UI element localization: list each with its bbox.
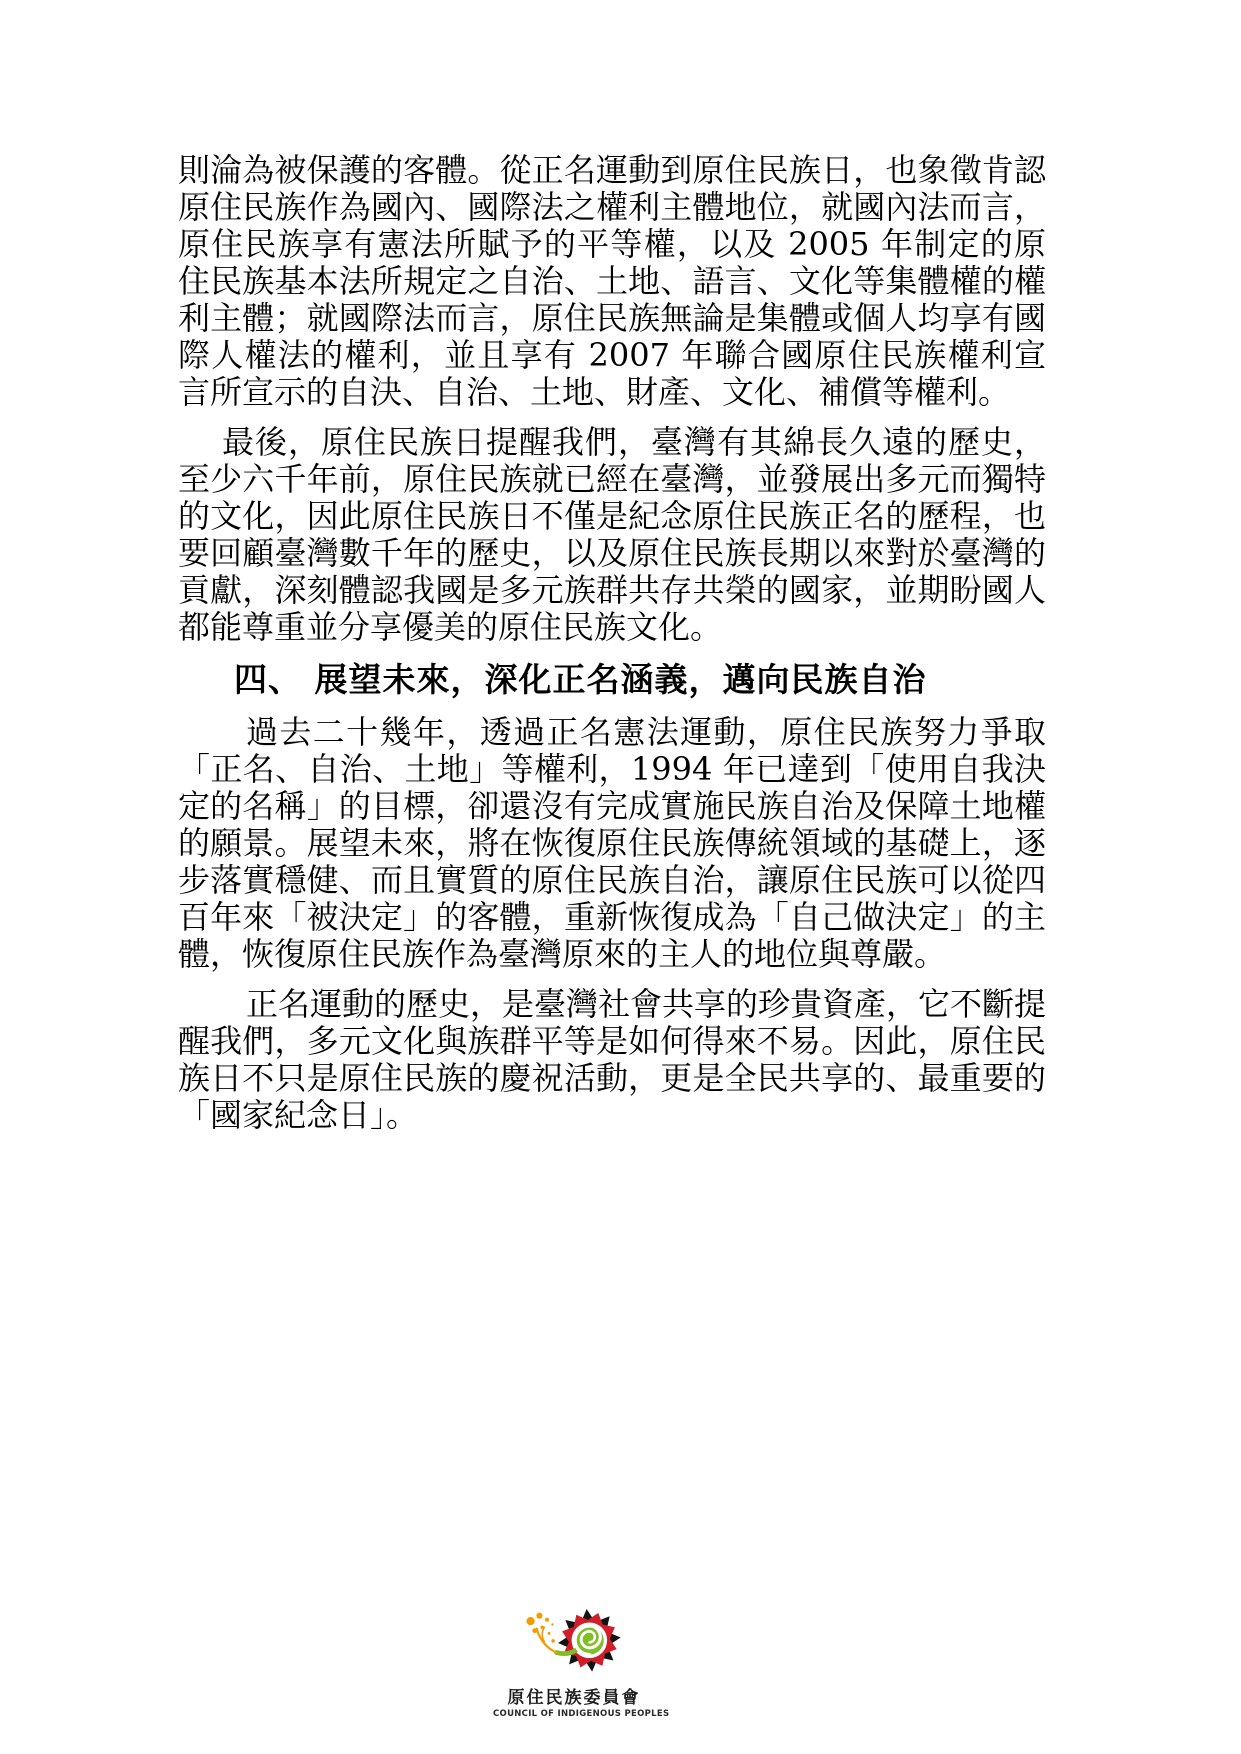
footer-logo: 原住民族委員會 COUNCIL OF INDIGENOUS PEOPLES [493,1606,655,1719]
paragraph-national-day: 正名運動的歷史，是臺灣社會共享的珍貴資產，它不斷提醒我們，多元文化與族群平等是如… [178,986,1046,1134]
section-heading: 四、 展望未來，深化正名涵義，邁向民族自治 [234,661,1046,699]
org-name-zh: 原住民族委員會 [493,1683,655,1708]
cip-emblem-icon [521,1606,627,1680]
emblem-sprig-branch [542,1627,544,1641]
paragraph-rights-subject: 則淪為被保護的客體。從正名運動到原住民族日，也象徵肯認原住民族作為國內、國際法之… [178,152,1046,411]
org-name-en: COUNCIL OF INDIGENOUS PEOPLES [493,1709,655,1719]
document-page: 則淪為被保護的客體。從正名運動到原住民族日，也象徵肯認原住民族作為國內、國際法之… [0,0,1241,1754]
paragraph-history-reminder: 最後，原住民族日提醒我們，臺灣有其綿長久遠的歷史，至少六千年前，原住民族就已經在… [178,424,1046,646]
document-body: 則淪為被保護的客體。從正名運動到原住民族日，也象徵肯認原住民族作為國內、國際法之… [178,152,1046,1147]
paragraph-future-outlook: 過去二十幾年，透過正名憲法運動，原住民族努力爭取「正名、自治、土地」等權利，19… [178,714,1046,973]
